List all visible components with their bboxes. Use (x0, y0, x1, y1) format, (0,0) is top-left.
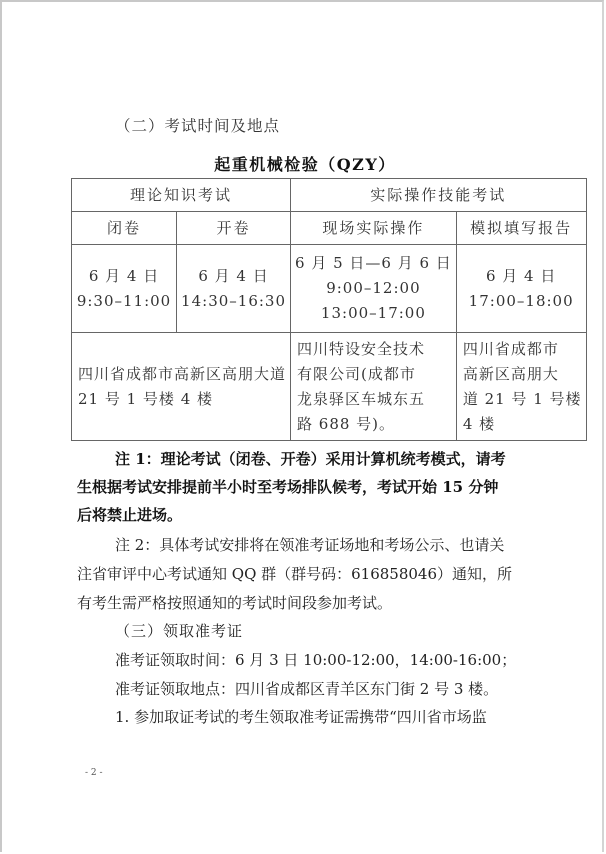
address-line: 高新区高朋大 (463, 362, 582, 387)
table-title: 起重机械检验（QZY） (2, 152, 606, 175)
address-line: 四川特设安全技术 (297, 337, 452, 362)
address-line: 21 号 1 号楼 4 楼 (78, 387, 286, 412)
header-theory-exam: 理论知识考试 (72, 179, 291, 212)
note2-line-3: 有考生需严格按照通知的考试时间段参加考试。 (77, 590, 392, 617)
address-line: 龙泉驿区车城东五 (297, 387, 452, 412)
time-onsite-operation: 6 月 5 日—6 月 6 日 9:00–12:00 13:00–17:00 (291, 245, 457, 333)
address-line: 4 楼 (463, 412, 582, 437)
ticket-collection-time: 准考证领取时间：6 月 3 日 10:00-12:00，14:00-16:00； (115, 647, 516, 674)
table-row-locations: 四川省成都市高新区高朋大道 21 号 1 号楼 4 楼 四川特设安全技术 有限公… (72, 333, 587, 441)
note2-line-2: 注省审评中心考试通知 QQ 群（群号码：616858046）通知，所 (77, 561, 512, 588)
location-mock-report: 四川省成都市 高新区高朋大 道 21 号 1 号楼 4 楼 (456, 333, 586, 441)
document-page: （二）考试时间及地点 起重机械检验（QZY） 理论知识考试 实际操作技能考试 闭… (0, 0, 604, 852)
exam-schedule-table: 理论知识考试 实际操作技能考试 闭卷 开卷 现场实际操作 模拟填写报告 6 月 … (71, 178, 587, 441)
section-heading-admission-ticket: （三）领取准考证 (115, 618, 243, 645)
note1-line-1: 注 1：理论考试（闭卷、开卷）采用计算机统考模式，请考 (115, 446, 506, 473)
time-open-book: 6 月 4 日 14:30–16:30 (177, 245, 291, 333)
section-heading-exam-time-place: （二）考试时间及地点 (115, 114, 280, 136)
time-range-text: 13:00–17:00 (295, 301, 452, 326)
address-line: 四川省成都市高新区高朋大道 (78, 362, 286, 387)
time-mock-report: 6 月 4 日 17:00–18:00 (456, 245, 586, 333)
address-line: 路 688 号)。 (297, 412, 452, 437)
date-text: 6 月 4 日 (461, 264, 582, 289)
header-open-book: 开卷 (177, 212, 291, 245)
table-group-header-row: 理论知识考试 实际操作技能考试 (72, 179, 587, 212)
table-sub-header-row: 闭卷 开卷 现场实际操作 模拟填写报告 (72, 212, 587, 245)
date-range-text: 6 月 5 日—6 月 6 日 (295, 251, 452, 276)
item-1-partial: 1. 参加取证考试的考生领取准考证需携带“四川省市场监 (115, 704, 487, 731)
location-theory-exam: 四川省成都市高新区高朋大道 21 号 1 号楼 4 楼 (72, 333, 291, 441)
note2-line-1: 注 2：具体考试安排将在领准考证场地和考场公示、也请关 (115, 532, 504, 559)
address-line: 道 21 号 1 号楼 (463, 387, 582, 412)
address-line: 有限公司(成都市 (297, 362, 452, 387)
header-mock-report: 模拟填写报告 (456, 212, 586, 245)
time-range-text: 9:00–12:00 (295, 276, 452, 301)
time-closed-book: 6 月 4 日 9:30–11:00 (72, 245, 177, 333)
header-practical-exam: 实际操作技能考试 (291, 179, 587, 212)
note1-line-2: 生根据考试安排提前半小时至考场排队候考，考试开始 15 分钟 (77, 474, 498, 501)
location-onsite-operation: 四川特设安全技术 有限公司(成都市 龙泉驿区车城东五 路 688 号)。 (291, 333, 457, 441)
header-closed-book: 闭卷 (72, 212, 177, 245)
note1-line-3: 后将禁止进场。 (77, 502, 182, 529)
header-onsite-operation: 现场实际操作 (291, 212, 457, 245)
page-number: - 2 - (85, 768, 103, 778)
time-range-text: 9:30–11:00 (76, 289, 172, 314)
address-line: 四川省成都市 (463, 337, 582, 362)
time-range-text: 17:00–18:00 (461, 289, 582, 314)
date-text: 6 月 4 日 (181, 264, 286, 289)
date-text: 6 月 4 日 (76, 264, 172, 289)
table-row-times: 6 月 4 日 9:30–11:00 6 月 4 日 14:30–16:30 6… (72, 245, 587, 333)
ticket-collection-place: 准考证领取地点：四川省成都区青羊区东门街 2 号 3 楼。 (115, 676, 498, 703)
time-range-text: 14:30–16:30 (181, 289, 286, 314)
